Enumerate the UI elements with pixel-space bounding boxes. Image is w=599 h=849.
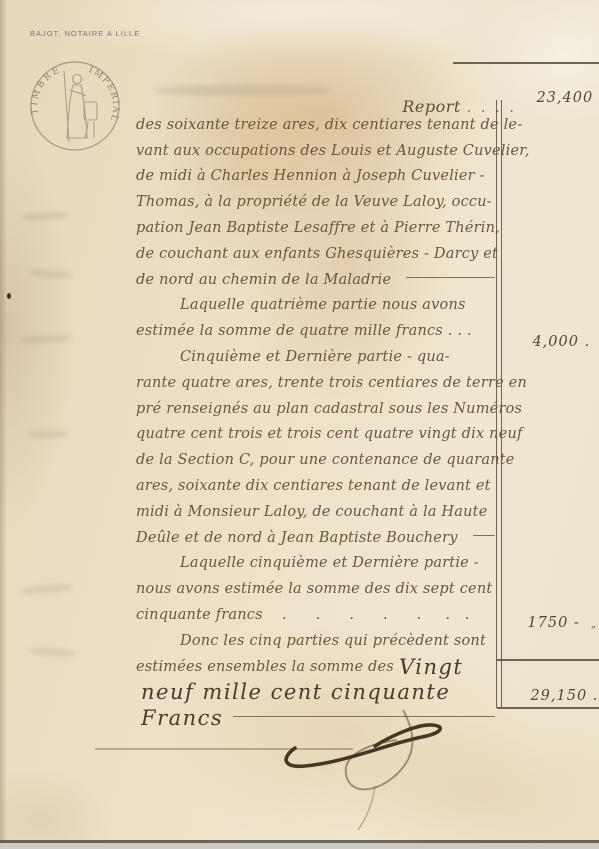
timbre-imperial-seal-icon: TIMBRE IMPERIAL (24, 56, 126, 156)
centimes-mark: „„ (591, 619, 599, 630)
manuscript-line: rante quatre ares, trente trois centiare… (136, 370, 497, 396)
total-box-top-rule (497, 659, 599, 661)
trailing-rule (406, 276, 495, 278)
notary-stamp-text: BAJOT, NOTAIRE A LILLE (30, 29, 140, 38)
manuscript-line: des soixante treize ares, dix centiares … (136, 112, 497, 138)
page-left-edge-shadow (0, 0, 7, 849)
amount-report-carryover: 23,400„„ (514, 74, 599, 122)
manuscript-line: de la Section C, pour une contenance de … (136, 447, 497, 473)
bleed-through-smudge (22, 583, 73, 595)
amount-fourth-part: 4,000 .„„ (510, 318, 599, 366)
manuscript-line: pation Jean Baptiste Lesaffre et à Pierr… (136, 215, 497, 241)
bleed-through-smudge (155, 85, 330, 96)
manuscript-line: Laquelle quatrième partie nous avons (136, 293, 497, 319)
bleed-through-smudge (30, 269, 72, 279)
manuscript-line: Donc les cinq parties qui précèdent sont (136, 628, 497, 654)
amount-fifth-part: 1750 -„„ (505, 599, 599, 647)
seal-text-timbre: TIMBRE (30, 65, 64, 115)
manuscript-line: de nord au chemin de la Maladrie (136, 267, 497, 293)
manuscript-line: Laquelle cinquième et Dernière partie - (136, 551, 497, 577)
display-script-text: Francs (141, 706, 223, 730)
manuscript-line: vant aux occupations des Louis et August… (136, 138, 497, 164)
manuscript-line: estimées ensembles la somme des Vingt (136, 654, 497, 680)
manuscript-line: ares, soixante dix centiares tenant de l… (136, 473, 497, 499)
bleed-through-smudge (20, 334, 72, 345)
seal-text-imperial: IMPERIAL (87, 65, 120, 123)
manuscript-line: pré renseignés au plan cadastral sous le… (136, 396, 497, 422)
manuscript-line: Cinquième et Dernière partie - qua- (136, 344, 497, 370)
signature-paraph (225, 698, 495, 833)
amount-column-top-rule (453, 62, 599, 64)
bleed-through-smudge (30, 646, 74, 657)
bleed-through-smudge (22, 210, 70, 221)
manuscript-line: de midi à Charles Hennion à Joseph Cuvel… (136, 164, 497, 190)
allegorical-figure (64, 71, 97, 142)
manuscript-line: midi à Monsieur Laloy, de couchant à la … (136, 499, 497, 525)
notarial-document-page: BAJOT, NOTAIRE A LILLE TIMBRE IMPERIAL R… (0, 0, 599, 849)
ink-speck (7, 293, 11, 299)
manuscript-line: Deûle et de nord à Jean Baptiste Boucher… (136, 525, 497, 551)
svg-text:IMPERIAL: IMPERIAL (87, 65, 120, 123)
trailing-rule (473, 534, 495, 536)
manuscript-line: estimée la somme de quatre mille francs … (136, 318, 497, 344)
manuscript-line: Thomas, à la propriété de la Veuve Laloy… (136, 189, 497, 215)
scan-bottom-margin (0, 843, 599, 849)
manuscript-line: nous avons estimée la somme des dix sept… (136, 576, 497, 602)
display-script-text: Vingt (399, 655, 463, 679)
bleed-through-smudge (28, 430, 68, 438)
manuscript-line: cinquante francs . . . . . . . (136, 602, 497, 628)
manuscript-body: des soixante treize ares, dix centiares … (136, 112, 497, 731)
amount-grand-total: 29,150 .„„„ (508, 672, 599, 720)
svg-text:TIMBRE: TIMBRE (30, 65, 64, 115)
manuscript-line: quatre cent trois et trois cent quatre v… (136, 422, 497, 448)
manuscript-line: de couchant aux enfants Ghesquières - Da… (136, 241, 497, 267)
